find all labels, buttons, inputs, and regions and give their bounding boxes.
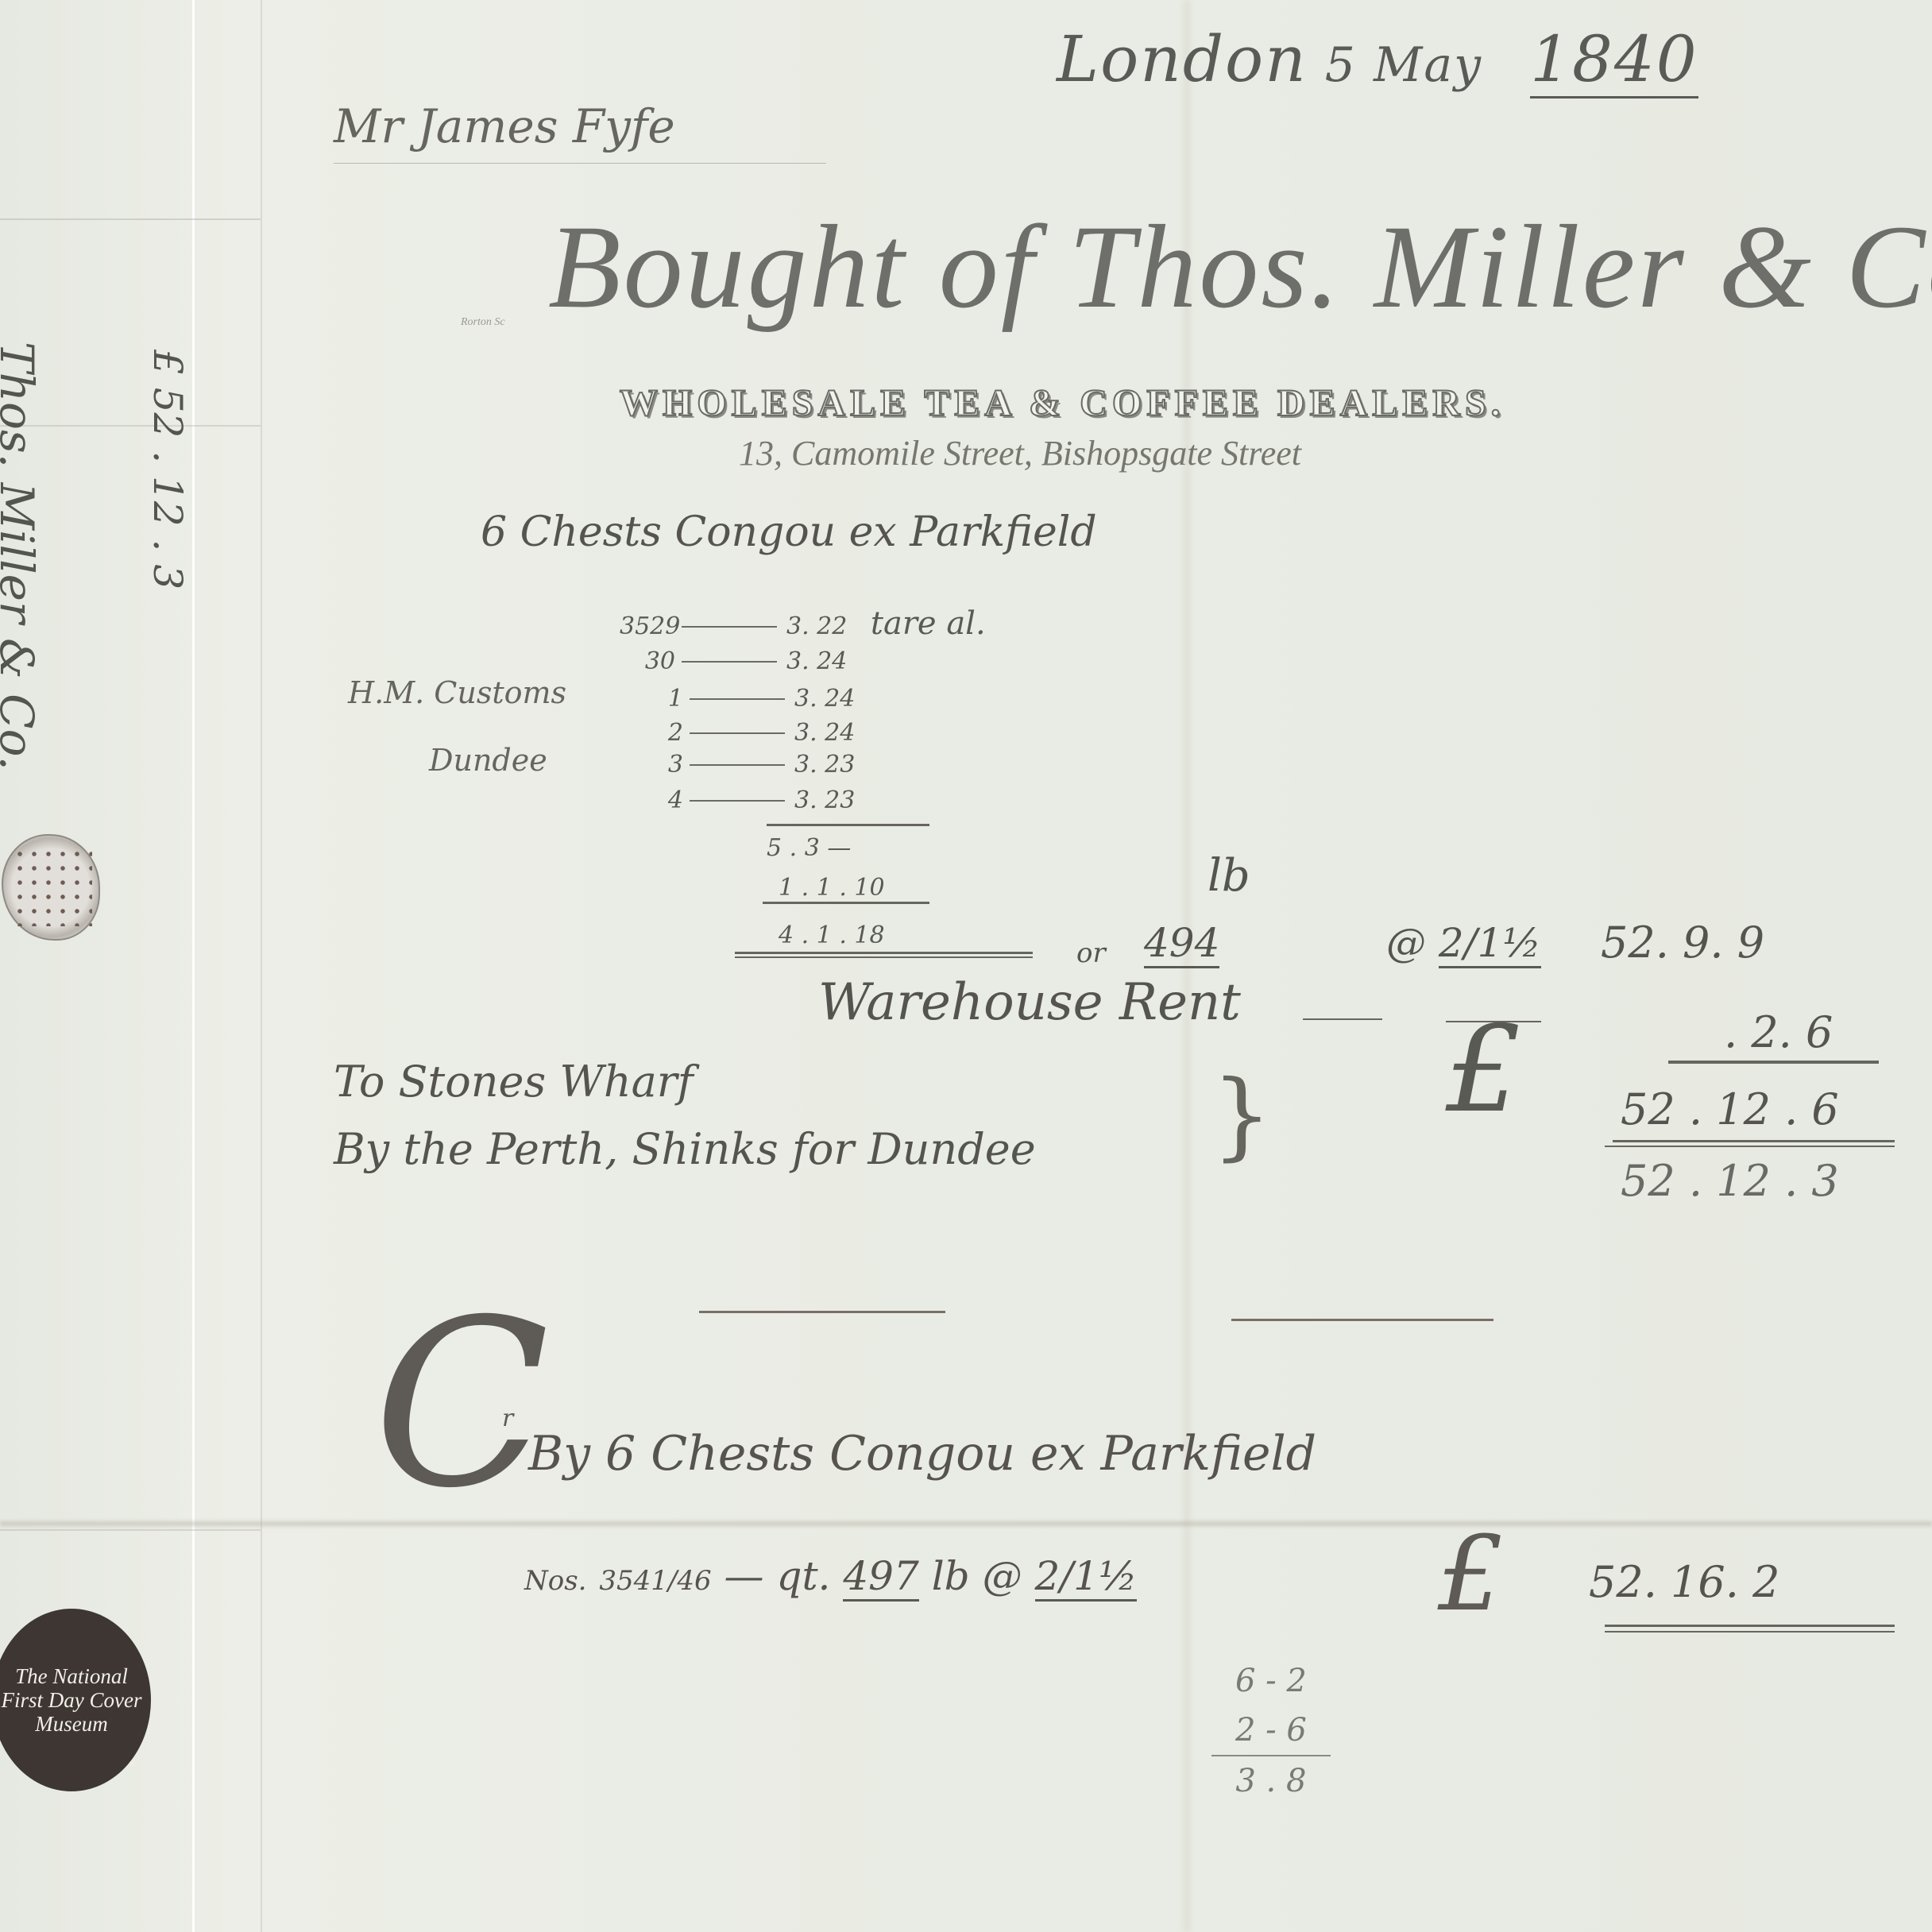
pound-symbol: £ xyxy=(1438,1513,1504,1634)
sum-rule xyxy=(1605,1631,1895,1633)
side-label-dundee: Dundee xyxy=(429,743,547,778)
sum-rule xyxy=(763,902,929,904)
credit-description: By 6 Chests Congou ex Parkfield xyxy=(528,1426,1316,1482)
tare-weight: 1 . 1 . 10 xyxy=(779,874,885,902)
net-weight: 4 . 1 . 18 xyxy=(779,922,885,949)
fold-crease xyxy=(0,1529,261,1531)
divider-rule xyxy=(699,1311,945,1313)
sum-rule xyxy=(1605,1625,1895,1627)
warehouse-rent-label: Warehouse Rent xyxy=(818,973,1241,1032)
pencil-line-1: 6 - 2 xyxy=(1211,1656,1331,1706)
net-lbs: 494 xyxy=(1144,920,1219,968)
fold-crease xyxy=(0,218,261,220)
logo-line-2: First Day Cover xyxy=(2,1688,142,1712)
or-label: or xyxy=(1076,937,1106,969)
sum-rule xyxy=(735,956,1033,958)
credit-detail: Nos. 3541/46 — qt. 497 lb @ 2/1½ xyxy=(524,1553,1137,1599)
warehouse-rent-amount: . 2. 6 xyxy=(1724,1007,1833,1057)
registered-mark: ® xyxy=(129,1753,135,1777)
place: London xyxy=(1057,22,1308,96)
shipping-line-1: To Stones Wharf xyxy=(334,1057,694,1107)
letterhead-address: 13, Camomile Street, Bishopsgate Street xyxy=(739,433,1301,473)
sum-rule xyxy=(1668,1061,1879,1064)
credit-prefix-sup: r xyxy=(502,1405,513,1432)
letterhead-heading: Bought of Thos. Miller & Co. xyxy=(548,199,1932,335)
chest-row: 23. 24 xyxy=(628,719,855,747)
engraver-mark: Rorton Sc xyxy=(461,316,505,329)
rate: @ 2/1½ xyxy=(1386,920,1541,966)
place-date: London5 May1840 xyxy=(1057,22,1698,96)
endorsement-name: Thos. Miller & Co. xyxy=(0,342,44,771)
subtotal: 52 . 12 . 6 xyxy=(1621,1084,1839,1134)
sum-rule xyxy=(767,824,929,826)
fold-crease xyxy=(0,1521,1932,1526)
chest-row: 43. 23 xyxy=(628,786,855,814)
credit-amount: 52. 16. 2 xyxy=(1589,1557,1779,1607)
endorsement-amount: £ 52 . 12 . 3 xyxy=(145,350,191,589)
divider-rule xyxy=(1231,1319,1493,1321)
chest-row: 13. 24 xyxy=(628,685,855,713)
purchase-description: 6 Chests Congou ex Parkfield xyxy=(481,508,1097,556)
brace: } xyxy=(1211,1061,1272,1171)
year: 1840 xyxy=(1530,22,1698,99)
lbs-symbol: lb xyxy=(1207,850,1250,902)
chest-row: 33. 23 xyxy=(628,751,855,779)
wax-seal-remnant xyxy=(2,834,100,941)
addressee: Mr James Fyfe xyxy=(334,99,675,153)
credit-prefix: C xyxy=(373,1271,550,1539)
sum-rule xyxy=(1613,1140,1895,1142)
dash-leader xyxy=(1303,1018,1382,1020)
seal-dot-pattern xyxy=(13,847,92,926)
day: 5 May xyxy=(1325,37,1482,93)
pencil-result: 3 . 8 xyxy=(1211,1756,1331,1806)
fold-crease xyxy=(192,0,195,1932)
sum-rule xyxy=(1605,1146,1895,1147)
logo-line-1: The National xyxy=(15,1664,128,1688)
pencil-calculation: 6 - 2 2 - 6 3 . 8 xyxy=(1211,1656,1331,1806)
fold-crease xyxy=(261,0,262,1932)
gross-weight: 5 . 3 — xyxy=(767,834,851,862)
letterhead-tagline: WHOLESALE TEA & COFFEE DEALERS. xyxy=(620,381,1505,425)
pound-symbol: £ xyxy=(1446,1001,1521,1139)
sum-rule xyxy=(735,952,1033,954)
pencil-total: 52 . 12 . 3 xyxy=(1621,1156,1839,1206)
line-amount: 52. 9. 9 xyxy=(1601,918,1764,968)
addressee-rule xyxy=(334,163,826,164)
pencil-line-2: 2 - 6 xyxy=(1211,1706,1331,1756)
chest-row: 303. 24 xyxy=(620,647,847,675)
logo-line-3: Museum xyxy=(35,1712,107,1736)
side-label-customs: H.M. Customs xyxy=(348,675,566,710)
museum-logo: The National First Day Cover Museum ® xyxy=(0,1609,151,1791)
chest-row: 35293. 22 tare al. xyxy=(620,605,986,642)
shipping-line-2: By the Perth, Shinks for Dundee xyxy=(334,1124,1036,1174)
